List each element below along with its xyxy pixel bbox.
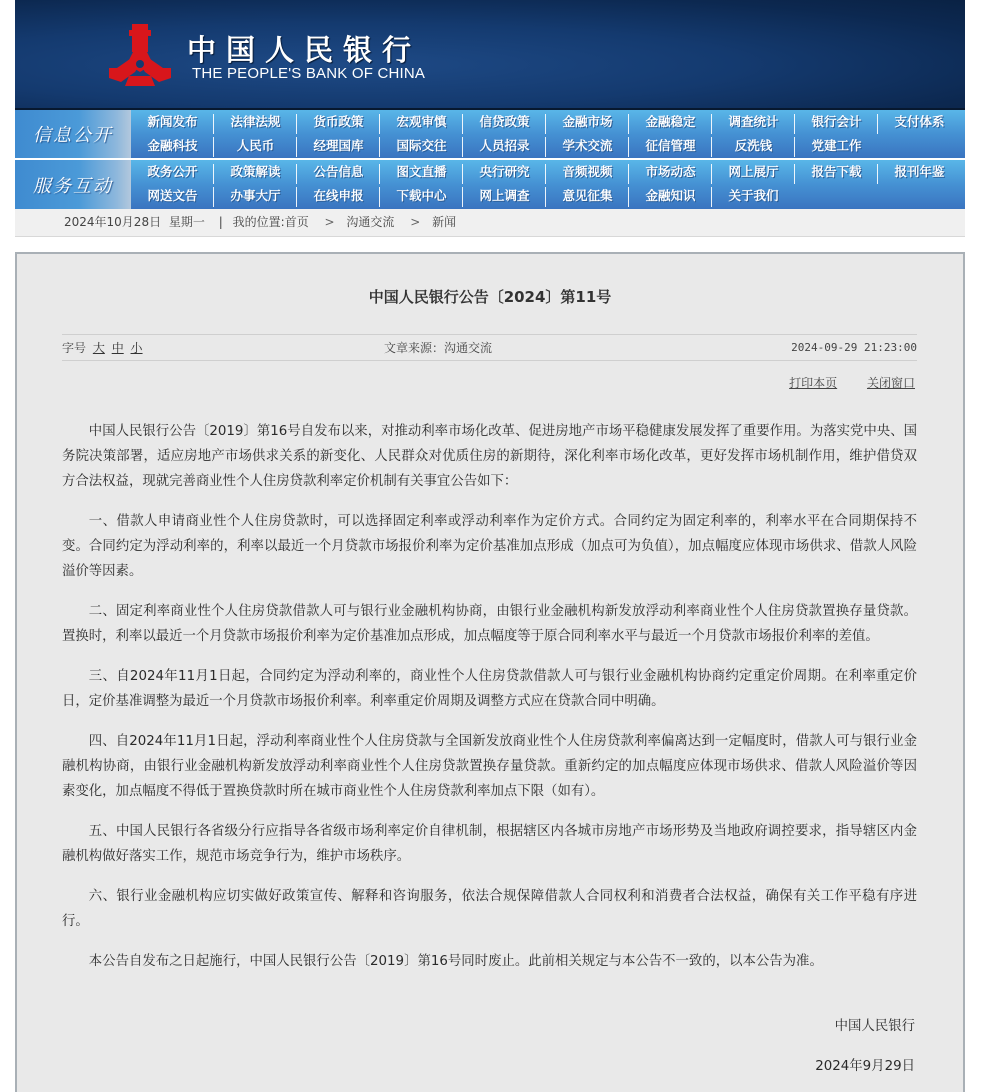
article-paragraph: 三、自2024年11月1日起，合同约定为浮动利率的，商业性个人住房贷款借款人可与… — [62, 664, 917, 714]
nav-item[interactable]: 办事大厅 — [214, 184, 297, 208]
nav-divider — [794, 137, 795, 157]
nav-item[interactable]: 反洗钱 — [712, 134, 795, 158]
nav-divider — [711, 187, 712, 207]
breadcrumb-home[interactable]: 首页 — [285, 215, 309, 229]
article-tools: 打印本页 关闭窗口 — [763, 374, 915, 391]
article-container: 中国人民银行公告〔2024〕第11号 字号 大 中 小 文章来源：沟通交流 20… — [15, 252, 965, 1088]
nav-divider — [462, 187, 463, 207]
nav-item[interactable]: 网上调查 — [463, 184, 546, 208]
nav-divider — [213, 164, 214, 184]
nav-grid: 新闻发布法律法规货币政策宏观审慎信贷政策金融市场金融稳定调查统计银行会计支付体系… — [131, 110, 965, 158]
nav-divider — [545, 164, 546, 184]
nav-grid: 政务公开政策解读公告信息图文直播央行研究音频视频市场动态网上展厅报告下载报刊年鉴… — [131, 160, 965, 209]
article-signature: 中国人民银行 — [835, 1015, 915, 1034]
nav-divider — [628, 164, 629, 184]
print-page-link[interactable]: 打印本页 — [789, 376, 837, 390]
nav-item[interactable]: 学术交流 — [546, 134, 629, 158]
breadcrumb-separator: | — [219, 215, 223, 229]
article-paragraph: 四、自2024年11月1日起，浮动利率商业性个人住房贷款与全国新发放商业性个人住… — [62, 729, 917, 804]
site-banner: 中国人民银行 THE PEOPLE'S BANK OF CHINA — [15, 0, 965, 110]
nav-item[interactable]: 法律法规 — [214, 110, 297, 134]
nav-item[interactable]: 国际交往 — [380, 134, 463, 158]
nav-item[interactable]: 报刊年鉴 — [878, 160, 961, 184]
nav-item[interactable]: 关于我们 — [712, 184, 795, 208]
breadcrumb: 2024年10月28日 星期一 | 我的位置:首页 > 沟通交流 > 新闻 — [15, 209, 965, 237]
font-size-large-button[interactable]: 大 — [93, 341, 105, 355]
nav-divider — [545, 114, 546, 134]
nav-divider — [379, 137, 380, 157]
nav-section-label: 信息公开 — [15, 110, 131, 158]
article-paragraph: 本公告自发布之日起施行，中国人民银行公告〔2019〕第16号同时废止。此前相关规… — [62, 949, 917, 974]
nav-item[interactable]: 调查统计 — [712, 110, 795, 134]
location-label: 我的位置: — [233, 215, 285, 229]
nav-divider — [628, 114, 629, 134]
nav-divider — [379, 187, 380, 207]
font-size-label: 字号 — [62, 341, 86, 355]
nav-divider — [379, 164, 380, 184]
nav-item[interactable]: 金融科技 — [131, 134, 214, 158]
nav-divider — [296, 164, 297, 184]
nav-divider — [711, 137, 712, 157]
font-size-controls: 字号 大 中 小 — [62, 335, 143, 361]
current-date: 2024年10月28日 — [64, 215, 161, 229]
nav-item[interactable]: 宏观审慎 — [380, 110, 463, 134]
nav-item[interactable]: 支付体系 — [878, 110, 961, 134]
chevron-right-icon: > — [410, 215, 420, 229]
nav-divider — [379, 114, 380, 134]
nav-item[interactable]: 征信管理 — [629, 134, 712, 158]
nav-item[interactable]: 政务公开 — [131, 160, 214, 184]
pboc-logo-icon — [105, 22, 175, 88]
nav-item[interactable]: 网上展厅 — [712, 160, 795, 184]
nav-divider — [545, 187, 546, 207]
nav-item[interactable]: 人员招录 — [463, 134, 546, 158]
nav-item[interactable]: 政策解读 — [214, 160, 297, 184]
nav-item[interactable]: 新闻发布 — [131, 110, 214, 134]
nav-divider — [877, 114, 878, 134]
breadcrumb-news[interactable]: 新闻 — [432, 215, 456, 229]
nav-divider — [296, 187, 297, 207]
main-navigation: 信息公开 新闻发布法律法规货币政策宏观审慎信贷政策金融市场金融稳定调查统计银行会… — [15, 110, 965, 209]
nav-item[interactable]: 金融市场 — [546, 110, 629, 134]
nav-item[interactable]: 信贷政策 — [463, 110, 546, 134]
chevron-right-icon: > — [325, 215, 335, 229]
article-title: 中国人民银行公告〔2024〕第11号 — [17, 286, 963, 307]
nav-item[interactable]: 意见征集 — [546, 184, 629, 208]
nav-divider — [711, 114, 712, 134]
breadcrumb-communication[interactable]: 沟通交流 — [346, 215, 394, 229]
nav-item[interactable]: 人民币 — [214, 134, 297, 158]
nav-divider — [213, 137, 214, 157]
nav-divider — [296, 114, 297, 134]
nav-item[interactable]: 在线申报 — [297, 184, 380, 208]
article-paragraph: 一、借款人申请商业性个人住房贷款时，可以选择固定利率或浮动利率作为定价方式。合同… — [62, 509, 917, 584]
nav-divider — [877, 164, 878, 184]
logo-chinese-name: 中国人民银行 — [187, 28, 421, 69]
close-window-link[interactable]: 关闭窗口 — [867, 376, 915, 390]
nav-divider — [628, 187, 629, 207]
nav-section-info-disclosure: 信息公开 新闻发布法律法规货币政策宏观审慎信贷政策金融市场金融稳定调查统计银行会… — [15, 110, 965, 158]
nav-item[interactable]: 金融知识 — [629, 184, 712, 208]
article-paragraph: 二、固定利率商业性个人住房贷款借款人可与银行业金融机构协商，由银行业金融机构新发… — [62, 599, 917, 649]
article-paragraph: 六、银行业金融机构应切实做好政策宣传、解释和咨询服务，依法合规保障借款人合同权利… — [62, 884, 917, 934]
nav-divider — [711, 164, 712, 184]
nav-divider — [545, 137, 546, 157]
nav-divider — [794, 114, 795, 134]
nav-divider — [213, 187, 214, 207]
article-source: 文章来源：沟通交流 — [384, 335, 492, 361]
nav-item[interactable]: 货币政策 — [297, 110, 380, 134]
font-size-small-button[interactable]: 小 — [131, 341, 143, 355]
article-sign-date: 2024年9月29日 — [815, 1055, 915, 1074]
nav-item[interactable]: 图文直播 — [380, 160, 463, 184]
nav-divider — [296, 137, 297, 157]
article-meta-bar: 字号 大 中 小 文章来源：沟通交流 2024-09-29 21:23:00 — [62, 334, 917, 361]
nav-section-label: 服务互动 — [15, 160, 131, 209]
nav-section-service-interaction: 服务互动 政务公开政策解读公告信息图文直播央行研究音频视频市场动态网上展厅报告下… — [15, 160, 965, 209]
nav-item[interactable]: 市场动态 — [629, 160, 712, 184]
article-datetime: 2024-09-29 21:23:00 — [791, 335, 917, 361]
nav-item[interactable]: 银行会计 — [795, 110, 878, 134]
nav-item[interactable]: 金融稳定 — [629, 110, 712, 134]
nav-divider — [462, 137, 463, 157]
nav-divider — [213, 114, 214, 134]
nav-divider — [628, 137, 629, 157]
article-paragraph: 中国人民银行公告〔2019〕第16号自发布以来，对推动利率市场化改革、促进房地产… — [62, 419, 917, 494]
nav-divider — [462, 164, 463, 184]
nav-divider — [794, 164, 795, 184]
current-weekday: 星期一 — [169, 215, 205, 229]
nav-divider — [462, 114, 463, 134]
nav-item[interactable]: 报告下载 — [795, 160, 878, 184]
nav-item[interactable]: 党建工作 — [795, 134, 878, 158]
nav-item[interactable]: 网送文告 — [131, 184, 214, 208]
nav-item[interactable]: 经理国库 — [297, 134, 380, 158]
article-body: 中国人民银行公告〔2019〕第16号自发布以来，对推动利率市场化改革、促进房地产… — [62, 419, 917, 989]
logo-english-name: THE PEOPLE'S BANK OF CHINA — [192, 65, 425, 82]
article-paragraph: 五、中国人民银行各省级分行应指导各省级市场利率定价自律机制，根据辖区内各城市房地… — [62, 819, 917, 869]
font-size-medium-button[interactable]: 中 — [112, 341, 124, 355]
nav-item[interactable]: 下载中心 — [380, 184, 463, 208]
nav-item[interactable]: 公告信息 — [297, 160, 380, 184]
nav-item[interactable]: 音频视频 — [546, 160, 629, 184]
nav-item[interactable]: 央行研究 — [463, 160, 546, 184]
